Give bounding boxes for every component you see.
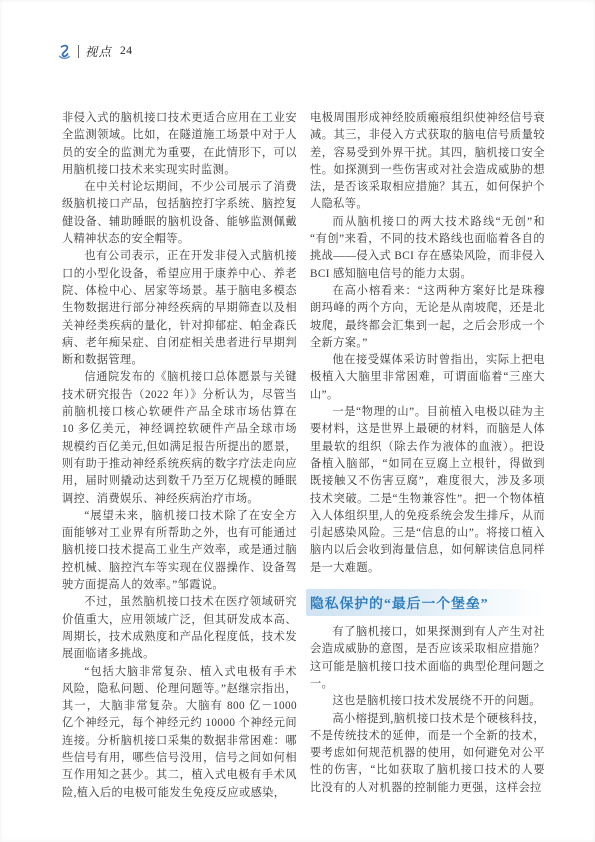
section-label: 视点 [85,42,112,60]
right-column: 电极周围形成神经胶质瘢痕组织使神经信号衰减。其三，非侵入方式获取的脑电信号质量较… [310,110,545,802]
paragraph: “展望未来，脑机接口技术除了在安全方面能够对工业界有所帮助之外，也有可能通过脑机… [62,508,297,594]
left-column: 非侵入式的脑机接口技术更适合应用在工业安全监测领域。比如，在隧道施工场景中对于人… [62,110,297,802]
header-divider [78,45,79,58]
ink-swirl-logo-icon [56,43,73,60]
page-number: 24 [120,45,133,57]
section-heading: 隐私保护的“最后一个堡垒” [306,589,545,616]
paragraph: 在中关村论坛期间，不少公司展示了消费级脑机接口产品，包括脑控打字系统、脑控复健设… [62,179,297,248]
paragraph: 这也是脑机接口技术发展绕不开的问题。 [310,693,545,710]
paragraph: 信通院发布的《脑机接口总体愿景与关键技术研究报告（2022 年）》分析认为，尽管… [62,369,297,507]
article-body: 非侵入式的脑机接口技术更适合应用在工业安全监测领域。比如，在隧道施工场景中对于人… [62,110,545,802]
paragraph: 有了脑机接口，如果探测到有人产生对社会造成威胁的意图，是否应该采取相应措施？这可… [310,624,545,693]
paragraph: 在高小榕看来：“这两种方案好比是珠穆朗玛峰的两个方向，无论是从南坡爬，还是北坡爬… [310,283,545,352]
paragraph: 非侵入式的脑机接口技术更适合应用在工业安全监测领域。比如，在隧道施工场景中对于人… [62,110,297,179]
paragraph: 一是“物理的山”。目前植入电极以硅为主要材料，这是世界上最硬的材料，而脑是人体里… [310,404,545,577]
paragraph: 而从脑机接口的两大技术路线“无创”和“有创”来看，不同的技术路线也面临着各自的挑… [310,214,545,283]
paragraph: 不过，虽然脑机接口技术在医疗领域研究价值重大，应用领域广泛，但其研发成本高、周期… [62,594,297,663]
paragraph: 高小榕提到,脑机接口技术是个硬核科技，不是传统技术的延伸，而是一个全新的技术，要… [310,711,545,797]
page-header: 视点 24 [56,41,133,61]
paragraph: 也有公司表示，正在开发非侵入式脑机接口的小型化设备，希望应用于康养中心、养老院、… [62,248,297,369]
magazine-page: 视点 24 非侵入式的脑机接口技术更适合应用在工业安全监测领域。比如，在隧道施工… [0,0,595,842]
paragraph: 他在接受媒体采访时曾指出，实际上把电极植入大脑里非常困难，可谓面临着“三座大山”… [310,352,545,404]
paragraph: “包括大脑非常复杂、植入式电极有手术风险，隐私问题、伦理问题等。”赵继宗指出，其… [62,664,297,802]
paragraph: 电极周围形成神经胶质瘢痕组织使神经信号衰减。其三，非侵入方式获取的脑电信号质量较… [310,110,545,214]
